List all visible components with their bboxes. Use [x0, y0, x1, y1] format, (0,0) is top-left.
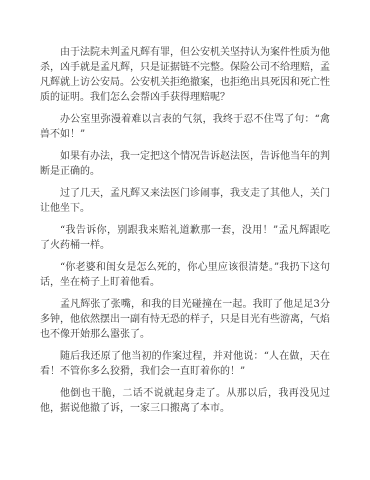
paragraph: 他倒也干脆，二话不说就起身走了。从那以后，我再没见过他，据说他撤了诉，一家三口搬… [40, 386, 330, 416]
book-page: 由于法院未判孟凡辉有罪，但公安机关坚持认为案件性质为他杀，凶手就是孟凡辉，只是证… [0, 0, 370, 480]
paragraph: 如果有办法，我一定把这个情况告诉赵法医，告诉他当年的判断是正确的。 [40, 149, 330, 179]
paragraph: 办公室里弥漫着难以言表的气氛，我终于忍不住骂了句：“禽兽不如！” [40, 112, 330, 142]
paragraph: “我告诉你，别跟我来赔礼道歉那一套，没用！”孟凡辉跟吃了火药桶一样。 [40, 223, 330, 253]
paragraph: 随后我还原了他当初的作案过程，并对他说：“人在做，天在看！不管你多么狡猾，我们会… [40, 349, 330, 379]
paragraph: 过了几天，孟凡辉又来法医门诊闹事，我支走了其他人，关门让他坐下。 [40, 186, 330, 216]
paragraph: “你老婆和闺女是怎么死的，你心里应该很清楚。”我扔下这句话，坐在椅子上盯着他看。 [40, 260, 330, 290]
page-text-block: 由于法院未判孟凡辉有罪，但公安机关坚持认为案件性质为他杀，凶手就是孟凡辉，只是证… [0, 0, 370, 416]
paragraph: 孟凡辉张了张嘴，和我的目光碰撞在一起。我盯了他足足3分多钟，他依然摆出一副有恃无… [40, 297, 330, 342]
paragraph: 由于法院未判孟凡辉有罪，但公安机关坚持认为案件性质为他杀，凶手就是孟凡辉，只是证… [40, 45, 330, 105]
